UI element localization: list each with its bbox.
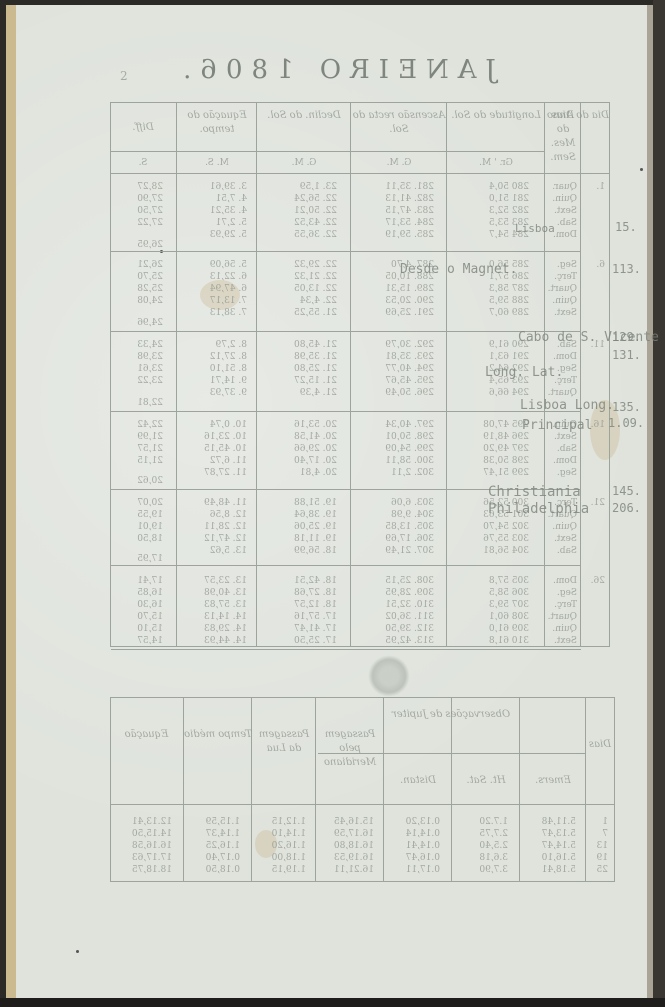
weekday: Sab. [557,545,577,558]
declination-value: 20. 17,40 [294,455,337,468]
diff-value: 27,22 [137,217,163,230]
declination-value: 17. 41,47 [294,623,337,636]
declination-value: 20. 4,81 [300,467,337,480]
margin-number: 1.09. [608,416,644,430]
sec-value: 2.7,75 [479,828,508,841]
sec-value: 1.14,37 [206,828,240,841]
diff-value: 23,98 [137,351,163,364]
ascension-value: 311. 36,02 [385,611,434,624]
equation-value: 10. 23,16 [204,431,247,444]
ascension-value: 291. 25,69 [385,307,434,320]
sec-value: 14.15,50 [132,828,172,841]
equation-value: 11. 48,49 [204,497,247,510]
equation-value: 6. 47,94 [210,283,247,296]
margin-number: 129. [612,330,641,344]
header-day-of-year: Dia do Anno [581,109,609,123]
title-text: JANEIRO 1806. [174,55,496,85]
ascension-value: 295. 45,67 [385,375,434,388]
equation-value: 11. 6,72 [210,455,247,468]
margin-number: 135. [612,400,641,414]
weekday: Terç. [554,271,577,284]
declination-value: 22. 4,34 [300,295,337,308]
sec-value: 0.17,40 [206,852,240,865]
sec-value: 1.18,00 [272,852,306,865]
equation-value: 4. 35,21 [210,205,247,218]
header-days: Dias [586,738,614,752]
ascension-value: 308. 25,15 [385,575,434,588]
diff-value: 26,95 [137,239,163,252]
longitude-value: 289 60,7 [489,307,529,320]
diff-value: 27,90 [137,193,163,206]
equation-value: 12. 28,11 [204,521,247,534]
diff-value: 25,28 [137,283,163,296]
diff-value: 23,22 [137,375,163,388]
diff-value: 17,95 [137,553,163,566]
declination-value: 22. 56,24 [294,193,337,206]
sec-value: 1.14,10 [272,828,306,841]
declination-value: 17. 25,50 [294,635,337,648]
ascension-value: 303. 6,06 [391,497,434,510]
equation-value: 13. 5,62 [210,545,247,558]
equation-value: 8. 2,79 [216,339,248,352]
ascension-value: 294. 40,77 [385,363,434,376]
subheader: Emers. [520,774,586,788]
header-jupiter: Observações de Jupiter [316,708,586,722]
sec-day: 19 [597,852,608,865]
sec-value: 17.17,63 [132,852,172,865]
diff-value: 18,50 [137,533,163,546]
equation-value: 7. 38,13 [210,307,247,320]
longitude-value: 307 59,3 [489,599,529,612]
day-of-year: 16. [591,419,605,432]
weekday: Quin. [552,295,577,308]
equation-value: 9. 14,71 [210,375,247,388]
diff-value: 22,81 [137,397,163,410]
declination-value: 21. 25,80 [294,363,337,376]
show-through-text: Christiania [488,484,581,500]
declination-value: 21. 55,25 [294,307,337,320]
diff-value: 25,70 [137,271,163,284]
declination-value: 21. 35,98 [294,351,337,364]
longitude-value: 305 57,8 [489,575,529,588]
show-through-text: Desde o Magnet. [400,262,517,277]
ascension-value: 298. 50,01 [385,431,434,444]
margin-number: 131. [612,348,641,362]
ascension-value: 306. 17,69 [385,533,434,546]
declination-value: 21. 15,27 [294,375,337,388]
day-of-year: 1. [596,181,605,194]
diff-value: 21,99 [137,431,163,444]
weekday: Dom. [553,455,577,468]
units-equation: M. S. [177,157,257,170]
equation-value: 5. 56,09 [210,259,247,272]
header-meridian: Passagem pelo Meridiano [316,728,384,770]
margin-number: 15. [615,220,637,234]
weekday: Quart. [548,283,577,296]
diff-value: 15,10 [137,623,163,636]
day-of-year: 26. [591,575,605,588]
declination-value: 21. 4,39 [300,387,337,400]
declination-value: 18. 42,51 [294,575,337,588]
sec-value: 1.7.20 [479,816,508,829]
equation-value: 12. 47,12 [204,533,247,546]
sec-value: 1.12,15 [272,816,306,829]
header-longitude: Longitude do Sol. [447,109,545,123]
margin-number: 145. [612,484,641,498]
equation-value: 10. 0,74 [210,419,247,432]
secondary-table: Dias Observações de Jupiter Emers. Ht. S… [110,697,615,882]
sec-value: 3.6,18 [479,852,508,865]
equation-value: 5. 29,93 [210,229,247,242]
longitude-value: 298 50,38 [483,455,529,468]
sec-value: 15.16,45 [334,816,374,829]
longitude-value: 287 58,3 [489,283,529,296]
show-through-text: Lisboa [515,222,555,235]
diff-value: 28,27 [137,181,163,194]
equation-value: 14. 29,83 [204,623,247,636]
ascension-value: 299. 54,09 [385,443,434,456]
mirrored-secondary-content: Dias Observações de Jupiter Emers. Ht. S… [111,698,614,881]
longitude-value: 291 63,1 [489,351,529,364]
sec-value: 3.7,90 [479,864,508,877]
sec-value: 0.14,41 [406,840,440,853]
margin-number: 206. [612,501,641,515]
diff-value: 26,21 [137,259,163,272]
page-title: JANEIRO 1806. [125,55,545,89]
diff-value: 21,15 [137,455,163,468]
sec-value: 16.17,59 [334,828,374,841]
ascension-value: 283. 47,15 [385,205,434,218]
show-through-text: Philadelphia [488,501,589,517]
header-equation: Equação do tempo. [177,109,257,137]
sun-ornament-icon [368,655,410,697]
header-equation: Equação [109,728,184,742]
diff-value: 19,55 [137,509,163,522]
ascension-value: 284. 53,17 [385,217,434,230]
ascension-value: 296. 50,49 [385,387,434,400]
longitude-value: 282 52,3 [489,205,529,218]
declination-value: 20. 53,16 [294,419,337,432]
ascension-value: 305. 13,85 [385,521,434,534]
equation-value: 8. 51,10 [210,363,247,376]
header-declination: Declin. do Sol. [257,109,351,123]
sec-value: 5.11,48 [542,816,576,829]
day-of-year: 21. [591,497,605,510]
sec-value: 5.13,47 [542,828,576,841]
sec-value: 0.16,47 [406,852,440,865]
declination-value: 22. 43,52 [294,217,337,230]
weekday: Seg. [557,587,577,600]
equation-value: 4. 7,51 [216,193,248,206]
equation-value: 8. 27,12 [210,351,247,364]
paper-speck [76,950,79,953]
sec-value: 0.18,50 [206,864,240,877]
sec-value: 2.5,40 [479,840,508,853]
declination-value: 22. 13,05 [294,283,337,296]
show-through-text: Principal [522,418,592,433]
declination-value: 20. 41,58 [294,431,337,444]
weekday: Sext. [554,533,577,546]
sec-value: 0.17,11 [406,864,440,877]
ascension-value: 310. 32,51 [385,599,434,612]
declination-value: 22. 50,21 [294,205,337,218]
declination-value: 22. 36,55 [294,229,337,242]
declination-value: 17. 57,16 [294,611,337,624]
diff-value: 22,42 [137,419,163,432]
units-declination: G. M. [257,157,351,170]
sec-value: 0.13,20 [406,816,440,829]
diff-value: 16,85 [137,587,163,600]
equation-value: 14. 44,93 [204,635,247,648]
margin-number: 113. [612,262,641,276]
units-ascension: G. M. [351,157,447,170]
longitude-value: 299 51,47 [483,467,529,480]
sec-value: 16.21,11 [334,864,374,877]
weekday: Sext. [554,205,577,218]
sec-value: 5.16,10 [542,852,576,865]
weekday: Seg. [557,467,577,480]
equation-value: 13. 40,98 [204,587,247,600]
longitude-value: 297 49,20 [483,443,529,456]
ascension-value: 297. 40,34 [385,419,434,432]
weekday: Sab. [557,217,577,230]
header-ascension: Ascensão recta do Sol. [351,109,447,137]
weekday: Dom. [553,575,577,588]
ascension-value: 313. 42,95 [385,635,434,648]
diff-value: 24,96 [137,317,163,330]
ascension-value: 300. 58,11 [385,455,434,468]
sec-value: 12.13,41 [132,816,172,829]
sec-value: 18.18,75 [132,864,172,877]
header-moon: Passagem da Lua [252,728,316,756]
weekday: Dom. [553,351,577,364]
sec-day: 7 [602,828,608,841]
ascension-value: 307. 21,49 [385,545,434,558]
sec-value: 5.18,41 [542,864,576,877]
equation-value: 10. 45,15 [204,443,247,456]
subheader: Distan. [384,774,452,788]
diff-value: 20,62 [137,475,163,488]
declination-value: 18. 27,68 [294,587,337,600]
sec-value: 1.16,20 [272,840,306,853]
diff-value: 24,33 [137,339,163,352]
ascension-value: 282. 41,13 [385,193,434,206]
declination-value: 18. 12,57 [294,599,337,612]
diff-value: 16,30 [137,599,163,612]
equation-value: 7. 13,17 [210,295,247,308]
declination-value: 22. 21,32 [294,271,337,284]
weekday: Seg. [557,259,577,272]
sec-value: 16.18,80 [334,840,374,853]
units-diff: S. [109,157,177,170]
sec-day: 13 [597,840,608,853]
weekday: Quin. [552,521,577,534]
sec-value: 1.19,15 [272,864,306,877]
equation-value: 3. 39,61 [210,181,247,194]
ascension-value: 292. 30,79 [385,339,434,352]
sec-day: 1 [602,816,608,829]
units-longitude: Gr. ' M. [447,157,545,170]
longitude-value: 304 56,81 [483,545,529,558]
longitude-value: 310 61,8 [489,635,529,648]
weekday: Terç. [554,599,577,612]
longitude-value: 288 59,5 [489,295,529,308]
declination-value: 23. 1,59 [300,181,337,194]
declination-value: 18. 56,99 [294,545,337,558]
weekday: Dom. [553,229,577,242]
longitude-value: 306 58,5 [489,587,529,600]
diff-value: 21,57 [137,443,163,456]
diff-value: 15,70 [137,611,163,624]
equation-value: 13. 23,57 [204,575,247,588]
ascension-value: 302. 2,11 [391,467,434,480]
header-mean-time: Tempo médio [184,728,252,742]
ascension-value: 304. 9,98 [391,509,434,522]
sec-value: 5.14,47 [542,840,576,853]
weekday: Quar. [552,181,577,194]
day-of-year: 6. [596,259,605,272]
declination-value: 21. 45,80 [294,339,337,352]
longitude-value: 309 61,0 [489,623,529,636]
diff-value: 23,61 [137,363,163,376]
sec-day: 25 [597,864,608,877]
ascension-value: 293. 35,81 [385,351,434,364]
diff-value: 27,50 [137,205,163,218]
book-bottom-edge [0,998,665,1007]
longitude-value: 302 54,70 [483,521,529,534]
ascension-value: 312. 39,50 [385,623,434,636]
ascension-value: 290. 20,53 [385,295,434,308]
weekday: Sext. [554,635,577,648]
declination-value: 20. 29,66 [294,443,337,456]
equation-value: 5. 2,71 [216,217,248,230]
equation-value: 13. 57,83 [204,599,247,612]
longitude-value: 280 50,4 [489,181,529,194]
sec-value: 16.19,53 [334,852,374,865]
ascension-value: 281. 35,11 [385,181,434,194]
declination-value: 19. 51,88 [294,497,337,510]
header-day-of-month: Dias do Mes. Sem. [545,109,581,165]
show-through-text: Lisboa Long. [520,398,614,413]
diff-value: 17,41 [137,575,163,588]
weekday: Quin. [552,623,577,636]
declination-value: 19. 25,06 [294,521,337,534]
longitude-value: 303 55,76 [483,533,529,546]
weekday: Sext. [554,307,577,320]
header-diff: Diff. [109,121,177,135]
weekday: Quart. [548,611,577,624]
equation-value: 12. 8,56 [210,509,247,522]
ascension-value: 285. 59,19 [385,229,434,242]
paper-speck [640,168,643,171]
ascension-value: 289. 15,31 [385,283,434,296]
diff-value: 19,01 [137,521,163,534]
declination-value: 22. 29,32 [294,259,337,272]
declination-value: 19. 38,64 [294,509,337,522]
weekday: Quin. [552,193,577,206]
equation-value: 6. 22,13 [210,271,247,284]
equation-value: 9. 37,93 [210,387,247,400]
show-through-text: Long. Lat. [485,365,563,380]
equation-value: 11. 27,87 [204,467,247,480]
sec-value: 0.14,14 [406,828,440,841]
ascension-value: 309. 28,95 [385,587,434,600]
subheader: Ht. Sat. [452,774,520,788]
longitude-value: 308 60,1 [489,611,529,624]
book-cover-edge [653,0,665,1007]
diff-value: 20,07 [137,497,163,510]
weekday: Sab. [557,443,577,456]
sec-value: 1.15,59 [206,816,240,829]
equation-value: 14. 14,13 [204,611,247,624]
longitude-value: 281 51,0 [489,193,529,206]
diff-value: 24,08 [137,295,163,308]
sec-value: 16.16,58 [132,840,172,853]
sec-value: 1.16,25 [206,840,240,853]
page-number: 2 [120,70,128,83]
declination-value: 19. 11,18 [294,533,337,546]
diff-value: 14,57 [137,635,163,648]
